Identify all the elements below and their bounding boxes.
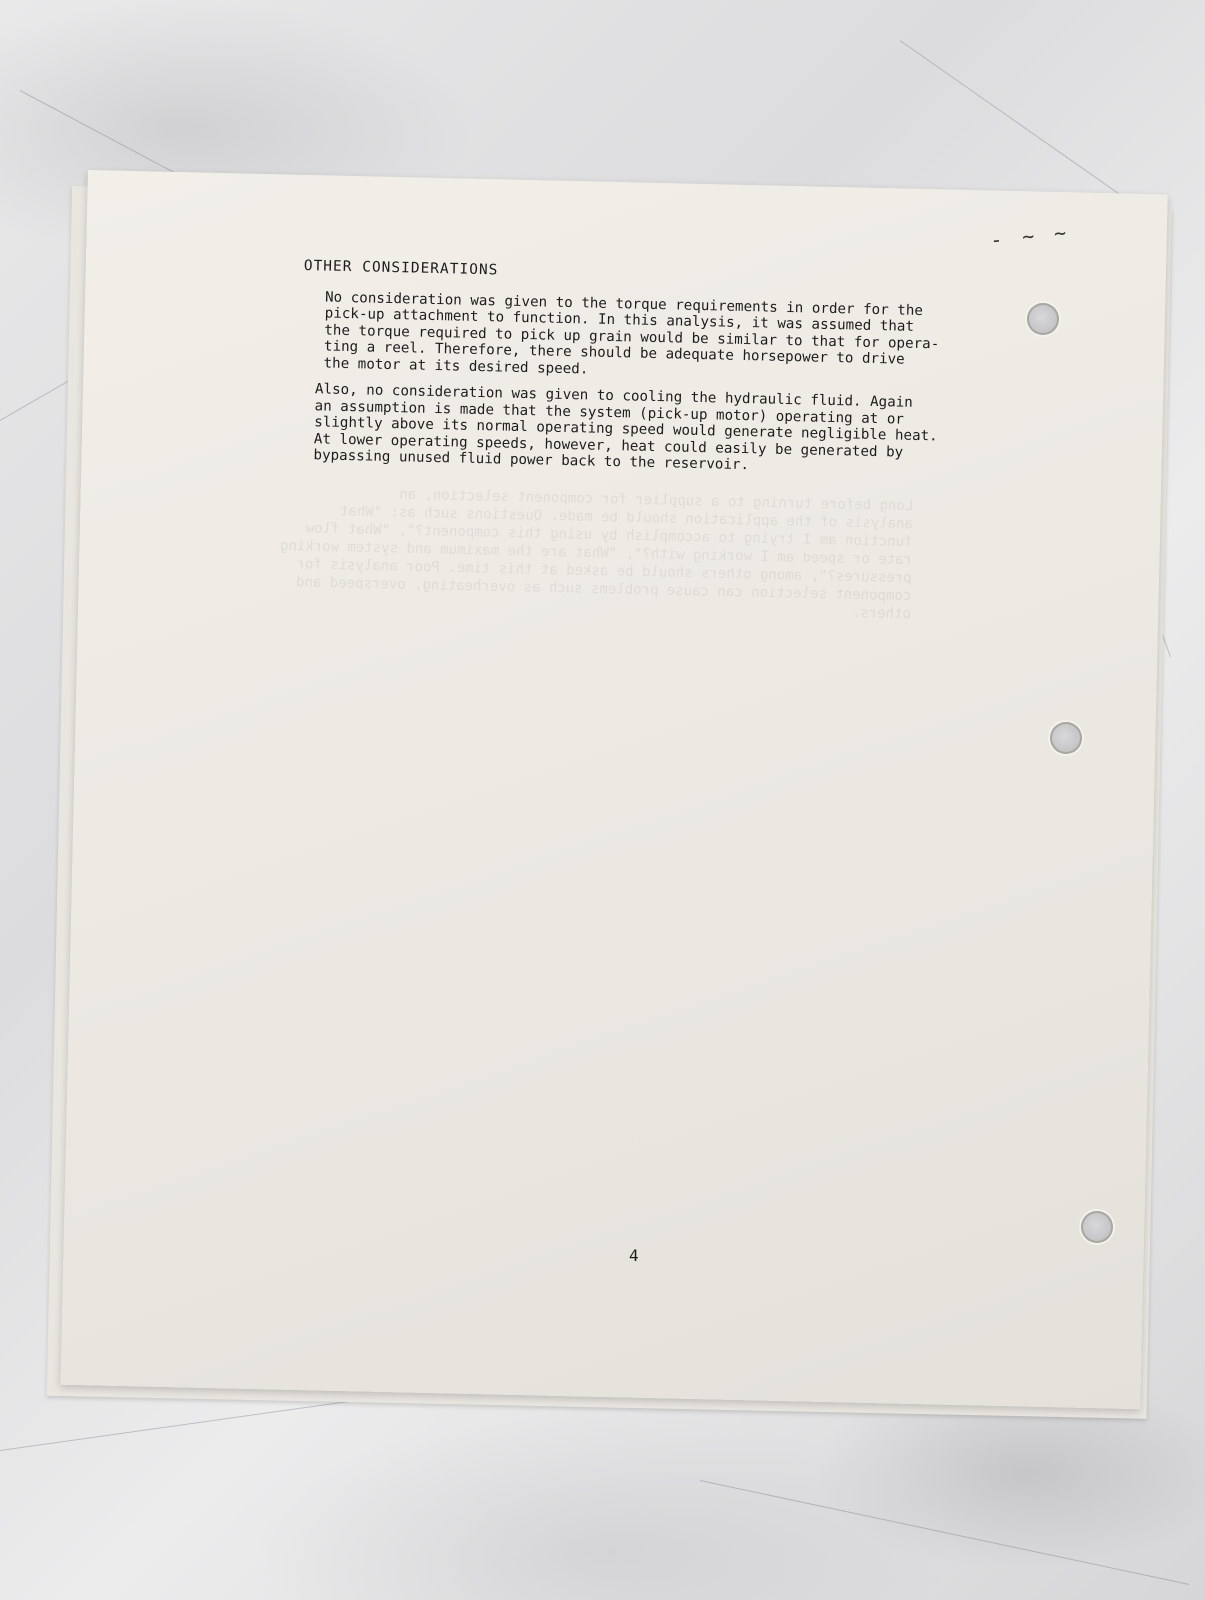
- page-number: 4: [629, 1246, 639, 1265]
- punch-hole-top: [1027, 303, 1059, 335]
- page-content: OTHER CONSIDERATIONS No consideration wa…: [299, 258, 964, 488]
- paragraph-torque: No consideration was given to the torque…: [323, 289, 963, 386]
- punch-hole-bottom: [1081, 1211, 1113, 1243]
- paragraph-cooling: Also, no consideration was given to cool…: [313, 381, 961, 478]
- punch-hole-middle: [1050, 722, 1082, 754]
- show-through-text: Long before turning to a supplier for co…: [279, 483, 914, 623]
